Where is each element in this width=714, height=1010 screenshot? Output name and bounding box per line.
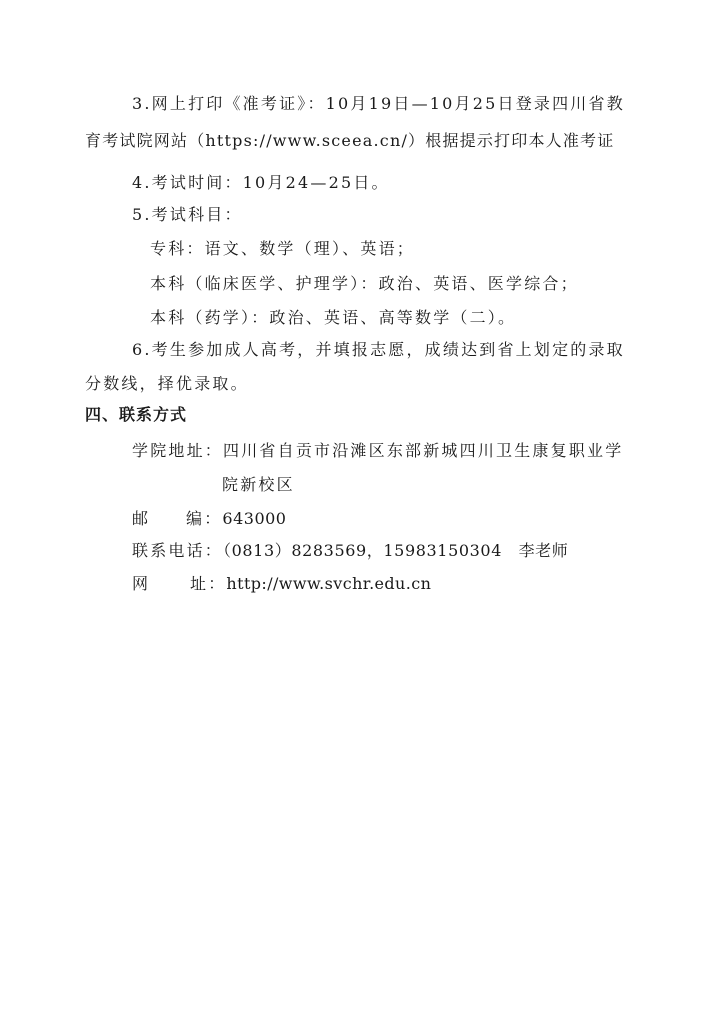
phone-label: 联系电话：	[132, 541, 223, 560]
website-label-b: 址：	[190, 574, 226, 593]
subjects-bachelor-medicine: 本科（临床医学、护理学）：政治、英语、医学综合；	[150, 274, 579, 294]
address-label: 学院地址：	[132, 441, 223, 460]
item-4-exam-time: 4.考试时间：10月24—25日。	[132, 173, 390, 193]
address-value-cont: 院新校区	[222, 475, 295, 495]
phone-row: 联系电话：（0813）8283569，15983150304 李老师	[132, 541, 568, 561]
website-label-a: 网	[132, 574, 190, 594]
address-row: 学院地址：四川省自贡市沿滩区东部新城四川卫生康复职业学	[132, 441, 623, 461]
website-row: 网址：http://www.svchr.edu.cn	[132, 574, 431, 594]
item-6-line2: 分数线，择优录取。	[85, 374, 249, 394]
item-3-line2: 育考试院网站（https://www.sceea.cn/）根据提示打印本人准考证	[85, 131, 614, 151]
item-5-exam-subjects: 5.考试科目：	[132, 205, 243, 225]
address-value: 四川省自贡市沿滩区东部新城四川卫生康复职业学	[223, 441, 623, 460]
postcode-value: 643000	[222, 509, 286, 528]
website-link[interactable]: http://www.svchr.edu.cn	[226, 574, 431, 593]
postcode-row: 邮编：643000	[132, 509, 286, 529]
item-6-line1: 6.考生参加成人高考，并填报志愿，成绩达到省上划定的录取	[132, 340, 625, 360]
subjects-bachelor-pharmacy: 本科（药学）：政治、英语、高等数学（二）。	[150, 308, 516, 328]
item-3-line1: 3.网上打印《准考证》：10月19日—10月25日登录四川省教	[132, 94, 625, 114]
subjects-junior-college: 专科：语文、数学（理）、英语；	[150, 239, 415, 259]
section-heading-contact: 四、联系方式	[85, 405, 187, 425]
postcode-label-b: 编：	[186, 509, 222, 528]
postcode-label-a: 邮	[132, 509, 186, 529]
phone-value: （0813）8283569，15983150304 李老师	[223, 541, 568, 560]
